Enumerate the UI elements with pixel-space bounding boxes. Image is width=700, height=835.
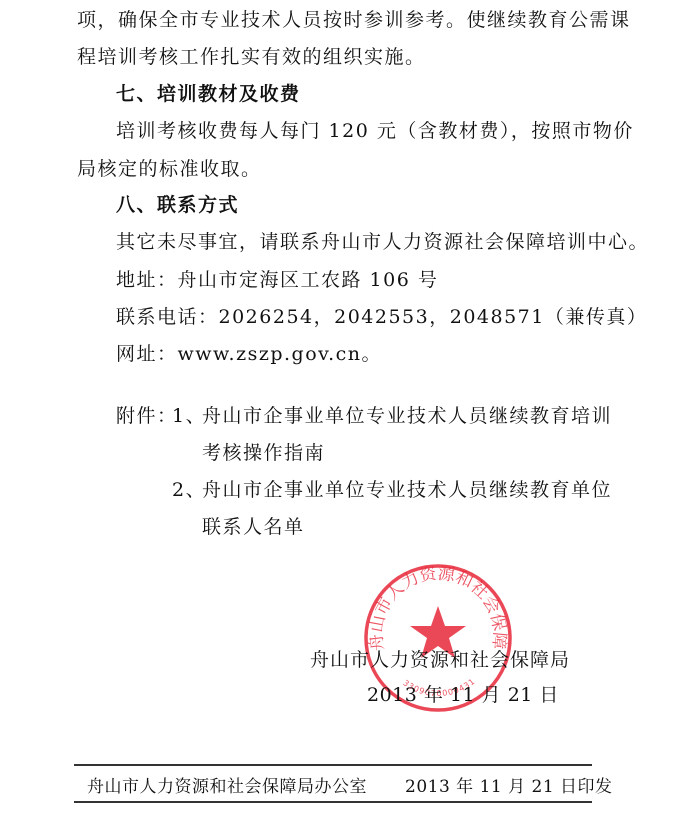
paragraph-line: 程培训考核工作扎实有效的组织实施。 [77, 45, 426, 69]
signature-org: 舟山市人力资源和社会保障局 [310, 648, 570, 672]
signature-date: 2013 年 11 月 21 日 [367, 683, 559, 707]
attachments-label: 附件： [116, 404, 178, 428]
paragraph-line: 培训考核收费每人每门 120 元（含教材费），按照市物价 [116, 119, 634, 143]
section-heading-8: 八、联系方式 [116, 193, 239, 217]
paragraph-line: 局核定的标准收取。 [77, 157, 262, 181]
attachment-item: 考核操作指南 [202, 441, 325, 465]
website-line: 网址：www.zszp.gov.cn。 [116, 342, 382, 366]
paragraph-line: 其它未尽事宜，请联系舟山市人力资源社会保障培训中心。 [116, 230, 649, 254]
footer-issuer: 舟山市人力资源和社会保障局办公室 [87, 772, 367, 797]
attachment-item: 舟山市企事业单位专业技术人员继续教育培训 [202, 404, 612, 428]
address-line: 地址：舟山市定海区工农路 106 号 [116, 268, 438, 292]
attachment-item: 联系人名单 [202, 515, 305, 539]
attachment-item: 舟山市企事业单位专业技术人员继续教育单位 [202, 478, 612, 502]
attachment-number: 1、 [172, 404, 206, 428]
section-heading-7: 七、培训教材及收费 [116, 82, 301, 106]
attachment-number: 2、 [172, 478, 206, 502]
paragraph-line: 项，确保全市专业技术人员按时参训参考。使继续教育公需课 [77, 8, 631, 32]
footer-top-rule [74, 764, 592, 766]
footer-issue-date: 2013 年 11 月 21 日印发 [405, 772, 613, 797]
footer-bottom-rule [74, 801, 592, 803]
phone-line: 联系电话：2026254，2042553，2048571（兼传真） [116, 305, 647, 329]
